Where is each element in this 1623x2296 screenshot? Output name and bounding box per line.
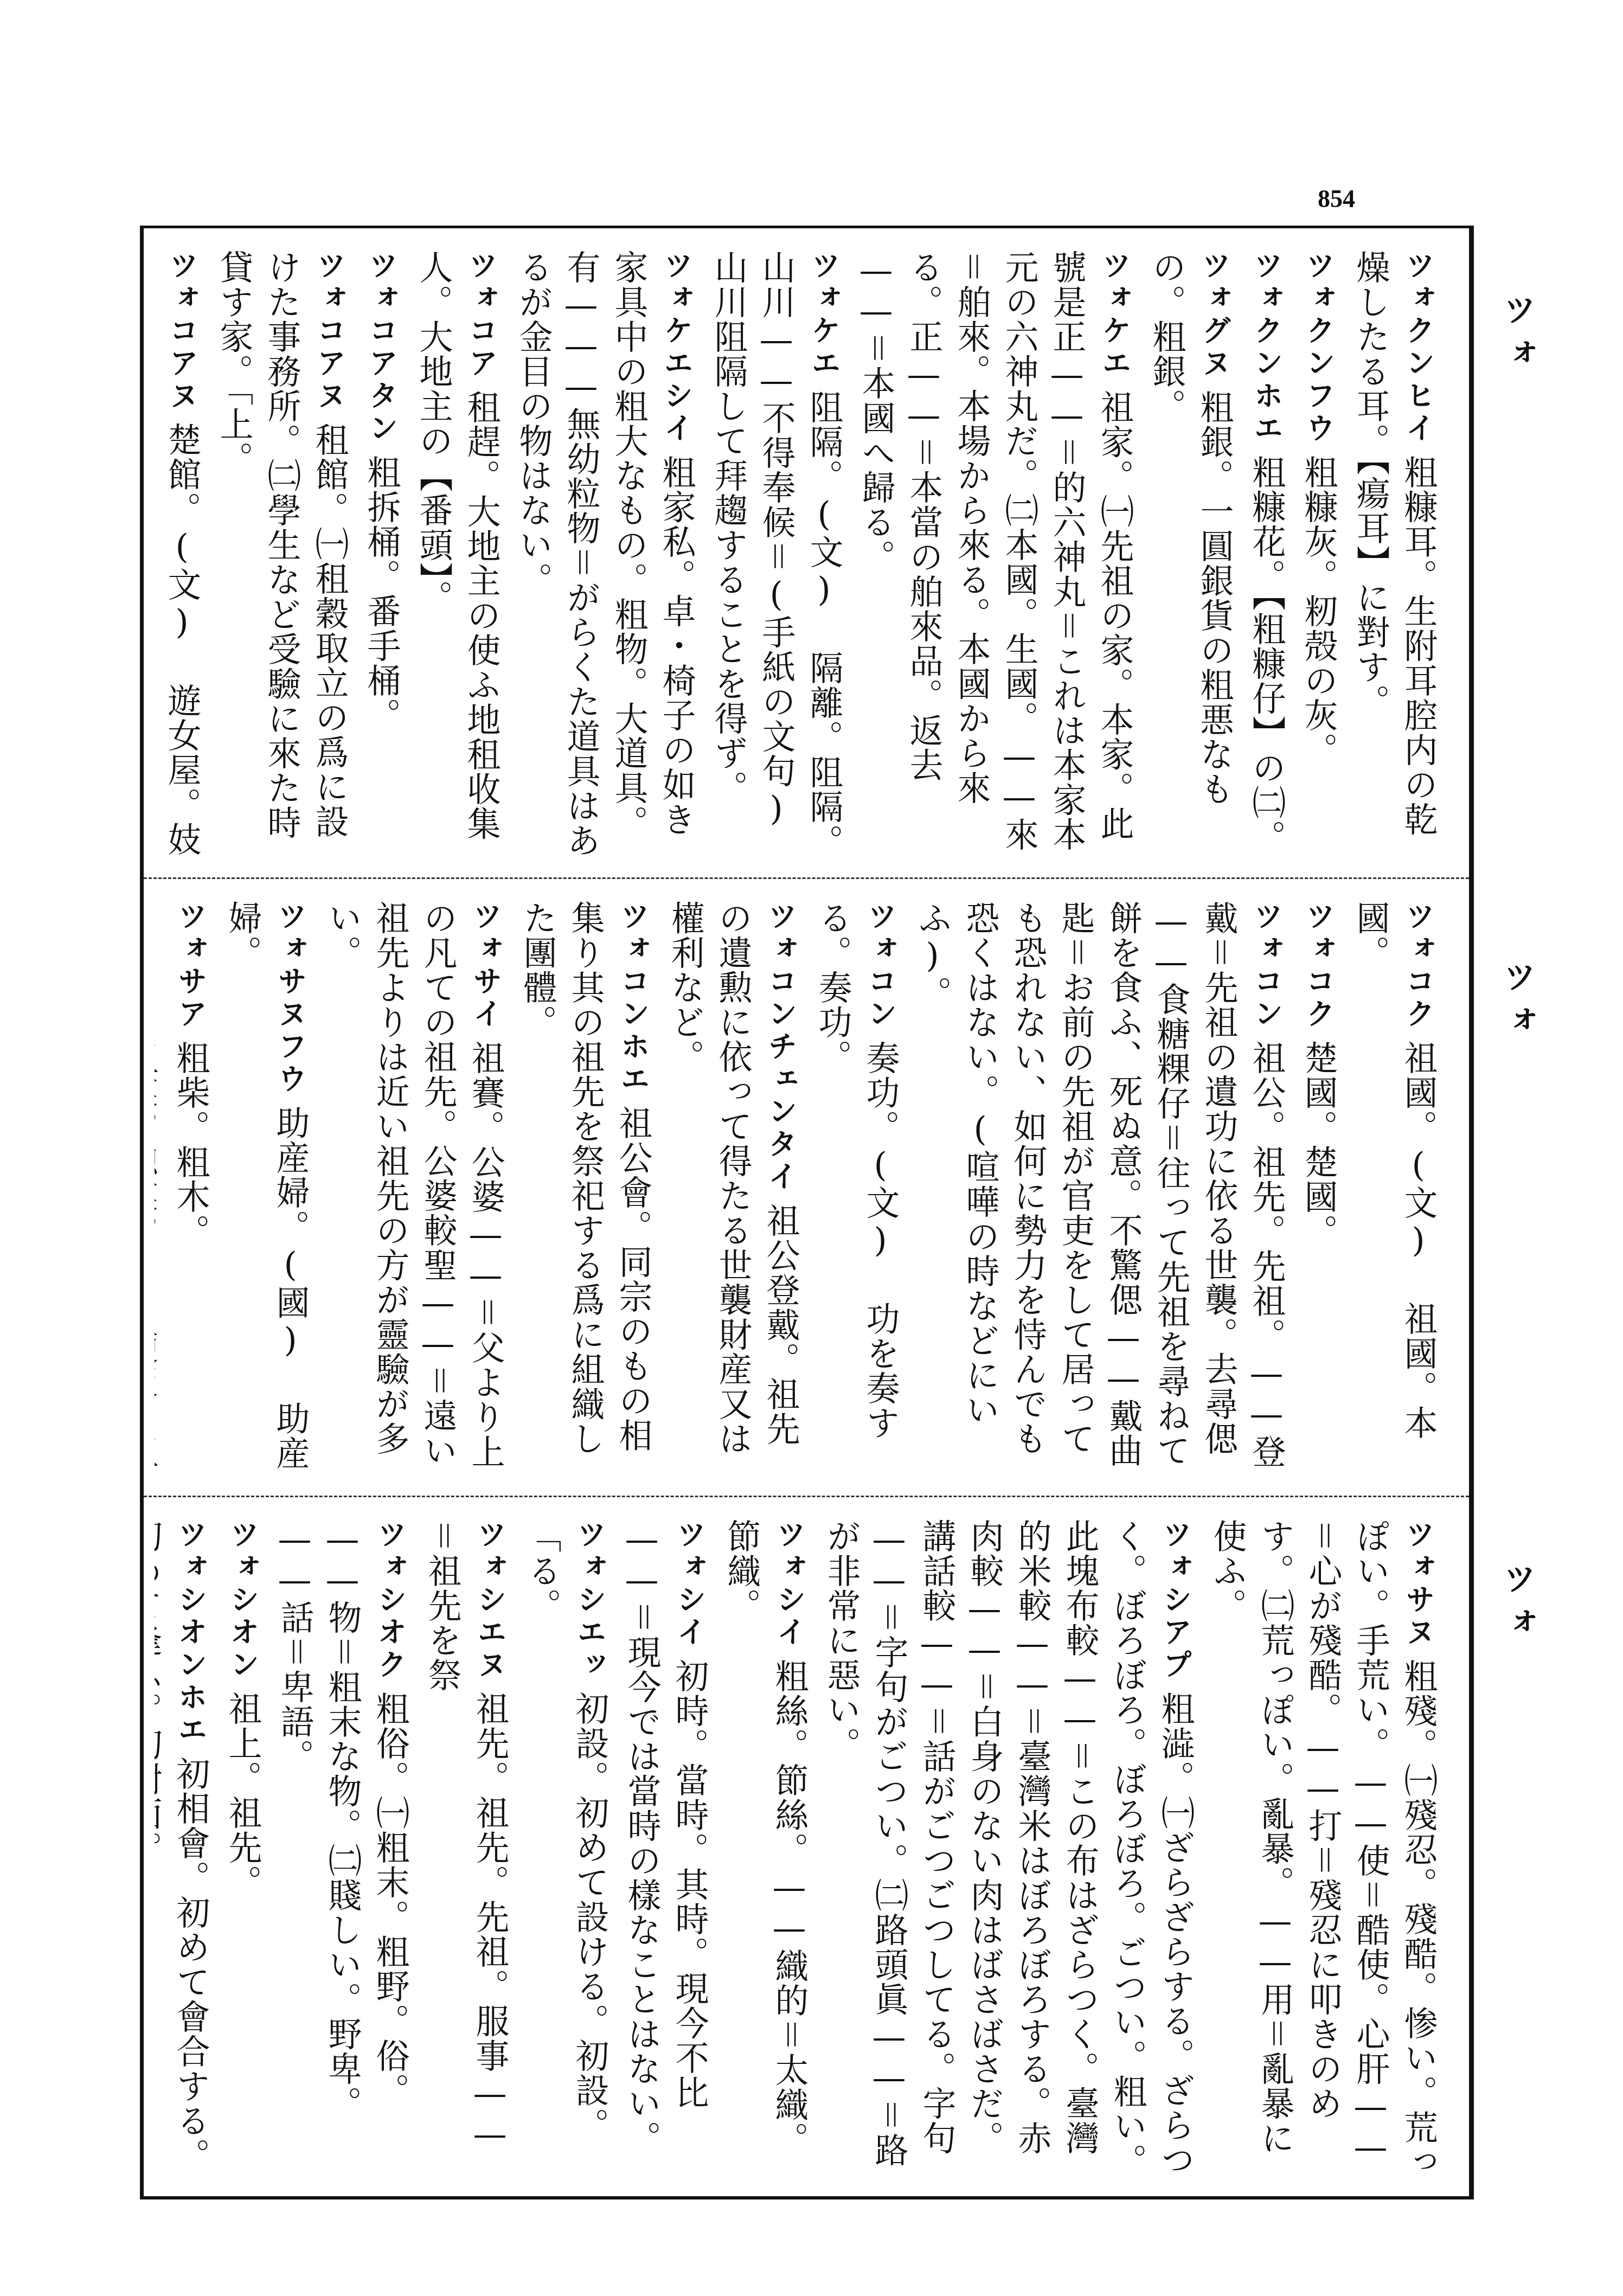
dictionary-entry: ツォクンヒイ粗糠耳。生附耳腔内の乾燥したる耳。【瘍耳】に對す。 <box>1346 250 1442 861</box>
entry-definition: 祖上。祖先。 <box>223 1691 262 1900</box>
entry-headword: ツォコアヌ <box>312 250 347 413</box>
entry-headword: ツォグヌ <box>1197 250 1231 380</box>
entry-headword: ツォシエヌ <box>473 1519 507 1682</box>
entry-definition: 粗柴。粗木。 <box>171 1041 210 1249</box>
band-top: ツォクンヒイ粗糠耳。生附耳腔内の乾燥したる耳。【瘍耳】に對す。 ツォクンフウ粗糠… <box>144 228 1469 879</box>
dictionary-entry: ツォケエシイ粗家私。卓・椅子の如き家具中の粗大なもの。粗物。大道具。有———無幼… <box>509 250 700 861</box>
entry-definition: 粗拆桶。番手桶。 <box>362 455 401 733</box>
dictionary-entry: ツォコク楚國。楚國。 <box>1294 901 1342 1479</box>
entry-definition: 粗糠灰。籾殻の灰。 <box>1299 455 1338 767</box>
entry-headword: ツォコアヌ <box>165 250 199 413</box>
entry-headword: ツォシイ <box>672 1519 707 1649</box>
entry-headword: ツォシオク <box>373 1519 407 1682</box>
dictionary-entry: ツォコア租趕。大地主の使ふ地租收集人。大地主の【番頭】。 <box>409 250 505 861</box>
entry-headword: ツォシオンホエ <box>174 1519 208 1747</box>
entry-definition: 楚國。楚國。 <box>1299 1041 1338 1249</box>
band-middle: ツォコク祖國。(文) 祖國。本國。 ツォコク楚國。楚國。 ツォコン祖公。祖先。先… <box>144 879 1469 1497</box>
entry-headword: ツォコン <box>1249 901 1284 1031</box>
entry-headword: ツォコンホエ <box>616 901 650 1096</box>
entry-headword: ツォコア <box>464 250 498 380</box>
entry-headword: ツォコク <box>1401 901 1435 1031</box>
dictionary-entry: ツォクンフウ粗糠灰。籾殻の灰。 <box>1294 250 1342 861</box>
dictionary-entry: ツォコアタン粗拆桶。番手桶。 <box>357 250 405 861</box>
dictionary-entry: ツォシイ粗絲。節絲。——織的＝太織。節織。 <box>717 1519 813 2180</box>
dictionary-entry: ツォケエ阻隔。(文) 隔離。阻隔。山川——不得奉候＝(手紙の文句)山川阻隔して拜… <box>704 250 848 861</box>
entry-headword: ツォサア <box>174 901 208 1031</box>
dictionary-entry: ツォサヌフウ助産婦。(國) 助産婦。 <box>219 901 314 1479</box>
entry-definition: 祖公。祖先。先祖。——登戴＝先祖の遺功に依る世襲。去尋偲——食糖粿仔＝往って先祖… <box>913 901 1286 1469</box>
dictionary-entry: ツォシオク粗俗。㈠粗末。粗野。俗。——物＝粗末な物。㈡賤しい。野卑。——話＝卑語… <box>271 1519 414 2180</box>
dictionary-entry: ツォシアプ粗澁。㈠ざらざらする。ざらつく。ぼろぼろ。ぼろぼろ。ごつい。粗い。此塊… <box>817 1519 1199 2180</box>
entry-headword: ツォクンホエ <box>1249 250 1284 445</box>
entry-headword: ツォクンヒイ <box>1401 250 1435 445</box>
entry-headword: ツォシイ <box>772 1519 806 1649</box>
dictionary-entry: ツォシエッ初設。初めて設ける。初設。「る。 <box>518 1519 613 2180</box>
entry-headword: ツォコアタン <box>364 250 399 445</box>
dictionary-entry: ツォコク祖國。(文) 祖國。本國。 <box>1346 901 1442 1479</box>
dictionary-entry: ツォシイ初時。當時。其時。現今不比——＝現今では當時の樣なことはない。 <box>618 1519 713 2180</box>
page-number: 854 <box>1318 184 1355 213</box>
entry-headword: ツォシアプ <box>1158 1519 1192 1682</box>
entry-column-group: ツォサヌ粗殘。㈠殘忍。殘酷。惨い。荒っぽい。手荒い。——使＝酷使。心肝——＝心が… <box>155 1519 1442 2180</box>
dictionary-entry: ツォサヌ粗殘。㈠殘忍。殘酷。惨い。荒っぽい。手荒い。——使＝酷使。心肝——＝心が… <box>1203 1519 1442 2180</box>
dictionary-entry: ツォコアヌ租館。㈠租穀取立の爲に設けた事務所。㈡學生など受驗に來た時貸す家。「上… <box>210 250 353 861</box>
section-label-bottom: ツォ <box>1494 1562 1541 1649</box>
dictionary-entry: ツォコアヌ楚館。(文) 遊女屋。妓樓。麥樓——＝同 <box>155 250 206 861</box>
entry-headword: ツォシエッ <box>573 1519 607 1682</box>
dictionary-entry: ツォケエ祖家。㈠先祖の家。本家。此號是正——＝的六神丸＝これは本家本元の六神丸だ… <box>852 250 1138 861</box>
entry-column-group: ツォクンヒイ粗糠耳。生附耳腔内の乾燥したる耳。【瘍耳】に對す。 ツォクンフウ粗糠… <box>155 250 1442 861</box>
entry-column-group: ツォコク祖國。(文) 祖國。本國。 ツォコク楚國。楚國。 ツォコン祖公。祖先。先… <box>155 901 1442 1479</box>
band-bottom: ツォサヌ粗殘。㈠殘忍。殘酷。惨い。荒っぽい。手荒い。——使＝酷使。心肝——＝心が… <box>144 1497 1469 2197</box>
entry-headword: ツォサヌフウ <box>273 901 307 1096</box>
entry-headword: ツォクンフウ <box>1301 250 1336 445</box>
dictionary-entry: ツォサア粗柴。粗木。 <box>166 901 214 1479</box>
dictionary-entry: ツォサイ粗菜。總菜。——便飯＝粗飯。有合の菜と飯。普通の飯と菜。——飯＝粗飯。 <box>155 901 162 1479</box>
dictionary-entry: ツォコン祖公。祖先。先祖。——登戴＝先祖の遺功に依る世襲。去尋偲——食糖粿仔＝往… <box>908 901 1290 1479</box>
entry-definition: 粗澁。㈠ざらざらする。ざらつく。ぼろぼろ。ぼろぼろ。ごつい。粗い。此塊布較——＝… <box>822 1519 1195 2178</box>
dictionary-entry: ツォグヌ粗銀。一圓銀貨の粗悪なもの。粗銀。 <box>1143 250 1238 861</box>
entry-headword: ツォサイ <box>469 901 503 1031</box>
entry-definition: 祖家。㈠先祖の家。本家。此號是正——＝的六神丸＝これは本家本元の六神丸だ。㈡本國… <box>856 250 1134 852</box>
entry-headword: ツォケエ <box>807 250 841 380</box>
section-label-middle: ツォ <box>1494 960 1541 1047</box>
entry-definition: 粗糠花。【粗糠仔】の㈡。 <box>1247 455 1286 855</box>
dictionary-entry: ツォサイ祖賽。公婆——＝父より上の凡ての祖先。公婆較聖——＝遠い祖先よりは近い祖… <box>318 901 509 1479</box>
dictionary-page-frame: ツォクンヒイ粗糠耳。生附耳腔内の乾燥したる耳。【瘍耳】に對す。 ツォクンフウ粗糠… <box>140 226 1474 2199</box>
dictionary-entry: ツォシエヌ祖先。祖先。先祖。服事——＝祖先を祭 <box>418 1519 514 2180</box>
entry-headword: ツォコク <box>1301 901 1336 1031</box>
entry-headword: ツォコンチェンタイ <box>764 901 798 1194</box>
entry-headword: ツォシオン <box>226 1519 260 1682</box>
dictionary-entry: ツォコンチェンタイ祖公登戴。祖先の遺勲に依って得たる世襲財産又は權利など。 <box>661 901 804 1479</box>
entry-headword: ツォケエ <box>1098 250 1132 380</box>
entry-headword: ツォサヌ <box>1401 1519 1435 1649</box>
entry-headword: ツォサイ <box>155 901 156 1031</box>
entry-headword: ツォケエシイ <box>659 250 694 445</box>
dictionary-entry: ツォシオン祖上。祖先。 <box>219 1519 266 2180</box>
dictionary-entry: ツォシオンホエ初相會。初めて會合する。初めて逢ふ。初對面。 <box>155 1519 214 2180</box>
dictionary-entry: ツォクンホエ粗糠花。【粗糠仔】の㈡。 <box>1242 250 1290 861</box>
section-label-top: ツォ <box>1494 293 1541 380</box>
entry-headword: ツォコン <box>863 901 897 1031</box>
dictionary-entry: ツォコン奏功。(文) 功を奏する。奏功。 <box>809 901 904 1479</box>
dictionary-entry: ツォコンホエ祖公會。同宗のもの相集り其の祖先を祭祀する爲に組織した團體。 <box>514 901 657 1479</box>
